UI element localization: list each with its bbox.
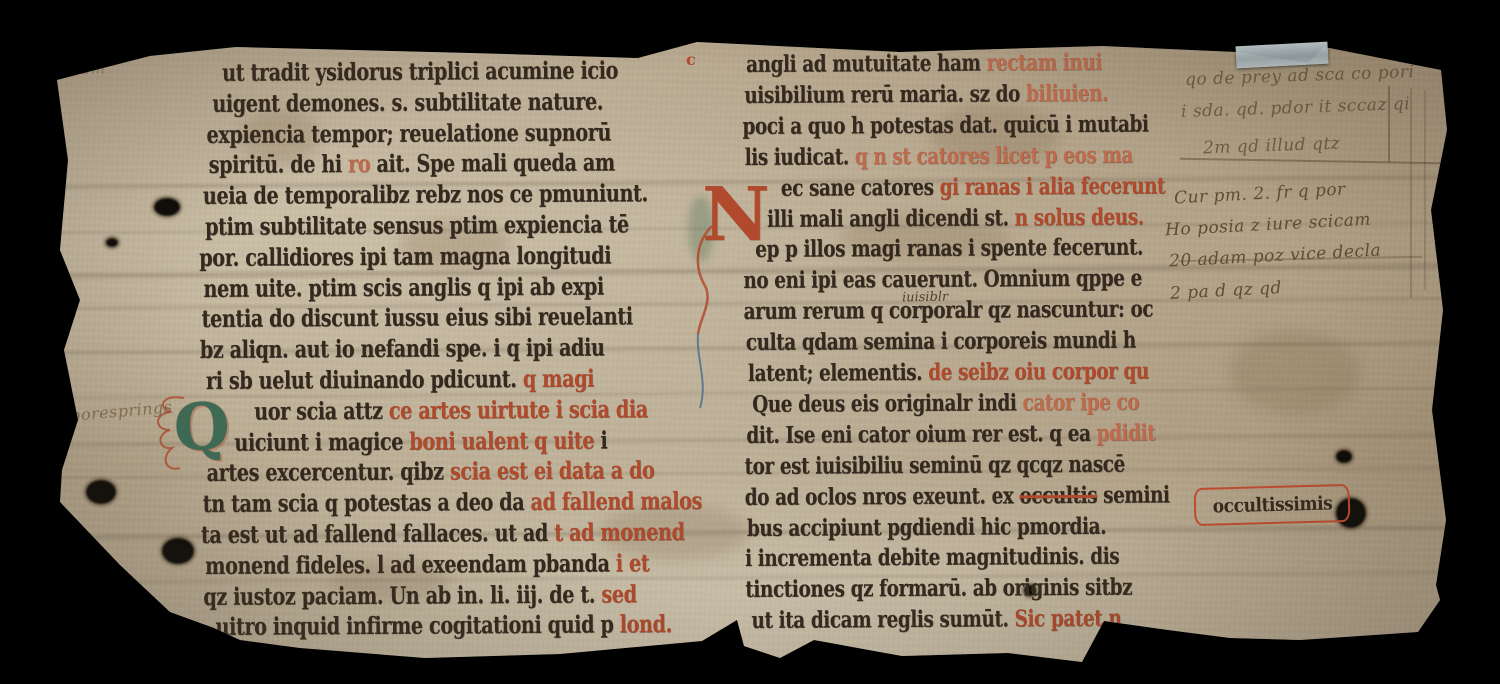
text-run: semini bbox=[1097, 481, 1170, 508]
manuscript-line: por. callidiores ipi tam magna longitudi bbox=[199, 240, 611, 272]
text-run: nem uite. ptim scis anglis q ipi ab expi bbox=[203, 271, 604, 302]
text-run: tentia do discunt iussu eius sibi reuela… bbox=[202, 302, 633, 334]
interlinear-gloss: iuisiblr bbox=[902, 290, 948, 306]
rubric-run: de seibz oiu corpor qu bbox=[928, 358, 1149, 386]
text-run: arum rerum q corporalr qz nascuntur: oc bbox=[744, 296, 1154, 326]
text-run: lis iudicat. bbox=[745, 143, 855, 171]
manuscript-line: tinctiones qz formarū. ab originis sitbz bbox=[745, 574, 1132, 603]
text-run: ta est ut ad fallend fallaces. ut ad bbox=[201, 518, 554, 549]
manuscript-line: expiencia tempor; reuelatione supnorū bbox=[206, 117, 611, 148]
manuscript-line: Que deus eis originalr indi cator ipe co bbox=[752, 388, 1139, 417]
manuscript-line: bz aliqn. aut io nefandi spe. i q ipi ad… bbox=[200, 333, 605, 364]
manuscript-line: lis iudicat. q n st catores licet p eos … bbox=[745, 141, 1133, 170]
text-run: ec sane catores bbox=[781, 173, 940, 201]
manuscript-line: uor scia attz ce artes uirtute i scia di… bbox=[254, 394, 648, 425]
manuscript-line: ep p illos magi ranas i spente fecerunt. bbox=[755, 234, 1143, 263]
text-run: ut ita dicam reglis sumūt. bbox=[751, 606, 1014, 635]
stain bbox=[1230, 330, 1360, 415]
rubric-run: ro bbox=[348, 149, 370, 178]
rubric-run: n solus deus. bbox=[1015, 203, 1144, 231]
text-run: illi mali angli dicendi st. bbox=[767, 204, 1015, 233]
marginal-note-top-right-2: i sda. qd. pdor it sccaz qi bbox=[1181, 94, 1411, 122]
manuscript-line: dit. Ise eni cator oium rer est. q ea pd… bbox=[746, 419, 1155, 448]
manuscript-line: ptim subtilitate sensus ptim expiencia t… bbox=[205, 209, 629, 241]
manuscript-line: uisibilium rerū maria. sz do biliuien. bbox=[744, 80, 1108, 109]
manuscript-line: latent; elementis. de seibz oiu corpor q… bbox=[748, 358, 1149, 387]
rubric-run: scia est ei data a do bbox=[450, 456, 655, 486]
text-run: ut tradit ysidorus triplici acumine icio bbox=[222, 55, 618, 86]
marginal-note-right-4: 2 pa d qz qd bbox=[1170, 278, 1283, 304]
manuscript-line: tentia do discunt iussu eius sibi reuela… bbox=[202, 302, 633, 334]
text-run: Que deus eis originalr indi bbox=[752, 389, 1022, 418]
marginal-note-right-1: Cur pm. 2. fr q por bbox=[1174, 180, 1347, 209]
marginal-note-right-2: Ho posia z iure scicam bbox=[1165, 210, 1372, 241]
text-run: ep p illos magi ranas i spente fecerunt. bbox=[755, 234, 1143, 263]
parchment-hole bbox=[1336, 450, 1352, 463]
manuscript-line: ut ita dicam reglis sumūt. Sic patet n bbox=[751, 605, 1121, 634]
manuscript-line: ta est ut ad fallend fallaces. ut ad t a… bbox=[201, 517, 685, 549]
text-run: tor est iuisibiliu seminū qz qcqz nascē bbox=[744, 450, 1124, 479]
manuscript-line: uiciunt i magice boni ualent q uite i bbox=[234, 425, 607, 456]
text-run: monend fideles. l ad exeendam pbanda bbox=[205, 548, 616, 580]
text-run: ueia de temporalibz rebz nos ce pmuniunt… bbox=[203, 178, 648, 210]
rubric-run: cator ipe co bbox=[1022, 388, 1139, 416]
manuscript-line: nem uite. ptim scis anglis q ipi ab expi bbox=[203, 271, 604, 302]
text-run: bz aliqn. aut io nefandi spe. i q ipi ad… bbox=[200, 333, 605, 364]
text-run: qz iustoz paciam. Un ab in. li. iij. de … bbox=[203, 579, 601, 610]
marginal-flourish-line bbox=[690, 222, 730, 422]
parchment-hole bbox=[86, 480, 116, 504]
text-run: uisibilium rerū maria. sz do bbox=[744, 80, 1026, 109]
text-run: occultis bbox=[1019, 481, 1097, 508]
rubric-run: q magi bbox=[523, 364, 594, 393]
rubric-run: ad fallend malos bbox=[530, 486, 702, 516]
ruled-line bbox=[1424, 90, 1426, 290]
manuscript-line: qz iustoz paciam. Un ab in. li. iij. de … bbox=[203, 579, 637, 611]
parchment-hole bbox=[106, 238, 118, 247]
text-run: artes excercentur. qibz bbox=[206, 457, 450, 487]
manuscript-line: i incrementa debite magnitudinis. dis bbox=[745, 543, 1119, 572]
rubric-run: ce artes uirtute i scia dia bbox=[389, 394, 648, 425]
text-run: angli ad mutuitate ham bbox=[746, 50, 987, 78]
manuscript-line: bus accipiunt pgdiendi hic pmordia. bbox=[747, 512, 1106, 541]
manuscript-line: tn tam scia q potestas a deo da ad falle… bbox=[203, 486, 702, 518]
correction-word: occultissimis bbox=[1212, 492, 1332, 517]
rubric-run: gi ranas i alia fecerunt bbox=[940, 172, 1166, 200]
ruled-line bbox=[1410, 88, 1412, 298]
manuscript-line: angli ad mutuitate ham rectam inui bbox=[746, 49, 1102, 78]
text-run: ri sb uelut diuinando pdicunt. bbox=[206, 364, 523, 395]
parchment-hole bbox=[162, 538, 194, 564]
rubric-run: rectam inui bbox=[986, 49, 1101, 77]
text-run: tinctiones qz formarū. ab originis sitbz bbox=[745, 574, 1132, 603]
text-run: uigent demones. s. subtilitate nature. bbox=[212, 86, 603, 117]
text-run: ptim subtilitate sensus ptim expiencia t… bbox=[205, 209, 629, 241]
text-run: tn tam scia q potestas a deo da bbox=[203, 487, 531, 518]
manuscript-line: uitro inquid infirme cogitationi quid p … bbox=[215, 609, 672, 641]
manuscript-line: ec sane catores gi ranas i alia fecerunt bbox=[781, 172, 1165, 201]
manuscript-line: spiritū. de hi ro ait. Spe mali queda am bbox=[209, 148, 615, 179]
manuscript-line: ueia de temporalibz rebz nos ce pmuniunt… bbox=[203, 178, 648, 210]
text-run: expiencia tempor; reuelatione supnorū bbox=[206, 117, 611, 148]
manuscript-photograph: ut tradit ysidorus triplici acumine icio… bbox=[0, 0, 1500, 684]
manuscript-line: tor est iuisibiliu seminū qz qcqz nascē bbox=[744, 450, 1124, 479]
text-run: poci a quo h potestas dat. quicū i mutab… bbox=[742, 110, 1148, 139]
rubric-run: i et bbox=[616, 548, 650, 577]
text-run: uor scia attz bbox=[254, 396, 389, 426]
text-run: uiciunt i magice bbox=[234, 426, 409, 456]
rubric-run: pdidit bbox=[1096, 419, 1155, 446]
quire-mark: c bbox=[686, 50, 696, 69]
text-run: ait. Spe mali queda am bbox=[370, 148, 615, 178]
manuscript-line: uigent demones. s. subtilitate nature. bbox=[212, 86, 603, 117]
rubric-run: Sic patet n bbox=[1014, 605, 1121, 633]
manuscript-line: arum rerum q corporalr qz nascuntur: oc bbox=[744, 296, 1154, 326]
rubric-run: boni ualent q uite bbox=[409, 425, 600, 455]
manuscript-line: do ad oclos nros exeunt. ex occultis sem… bbox=[745, 481, 1170, 511]
rubric-run: lond. bbox=[620, 609, 672, 638]
text-run: bus accipiunt pgdiendi hic pmordia. bbox=[747, 512, 1106, 541]
rubric-run: t ad monend bbox=[554, 517, 685, 547]
rubric-run: q n st catores licet p eos ma bbox=[855, 141, 1133, 170]
marginal-note-top-right-3: 2m qd illud qtz bbox=[1203, 134, 1341, 159]
manuscript-line: poci a quo h potestas dat. quicū i mutab… bbox=[742, 110, 1148, 139]
text-run: dit. Ise eni cator oium rer est. q ea bbox=[746, 420, 1096, 449]
marginal-note-top-right-1: qo de prey ad sca co pori bbox=[1185, 62, 1415, 90]
correction-box: occultissimis bbox=[1194, 484, 1351, 526]
text-run: por. callidiores ipi tam magna longitudi bbox=[199, 240, 611, 272]
manuscript-line: ut tradit ysidorus triplici acumine icio bbox=[222, 55, 618, 86]
parchment-hole bbox=[154, 198, 180, 216]
text-run: culta qdam semina i corporeis mundi h bbox=[746, 327, 1136, 356]
manuscript-line: illi mali angli dicendi st. n solus deus… bbox=[767, 203, 1144, 232]
text-run: do ad oclos nros exeunt. ex bbox=[745, 482, 1020, 511]
rubric-run: biliuien. bbox=[1026, 80, 1108, 108]
ruled-line bbox=[1180, 158, 1442, 165]
marginal-note-right-3: 20 adam poz vice decla bbox=[1169, 240, 1382, 271]
manuscript-line: culta qdam semina i corporeis mundi h bbox=[746, 327, 1136, 356]
text-run: latent; elementis. bbox=[748, 359, 928, 387]
manuscript-line: artes excercentur. qibz scia est ei data… bbox=[206, 456, 654, 488]
rubric-run: sed bbox=[601, 579, 636, 608]
text-run: spiritū. de hi bbox=[209, 149, 349, 179]
marginal-note-top-left: mdm bbox=[66, 59, 106, 79]
text-run: uitro inquid infirme cogitationi quid p bbox=[215, 610, 619, 641]
manuscript-line: ri sb uelut diuinando pdicunt. q magi bbox=[206, 364, 594, 395]
manuscript-line: monend fideles. l ad exeendam pbanda i e… bbox=[205, 548, 649, 580]
text-run: i bbox=[600, 425, 607, 454]
text-run: i incrementa debite magnitudinis. dis bbox=[745, 543, 1119, 572]
parchment-fragment: ut tradit ysidorus triplici acumine icio… bbox=[0, 0, 1500, 684]
